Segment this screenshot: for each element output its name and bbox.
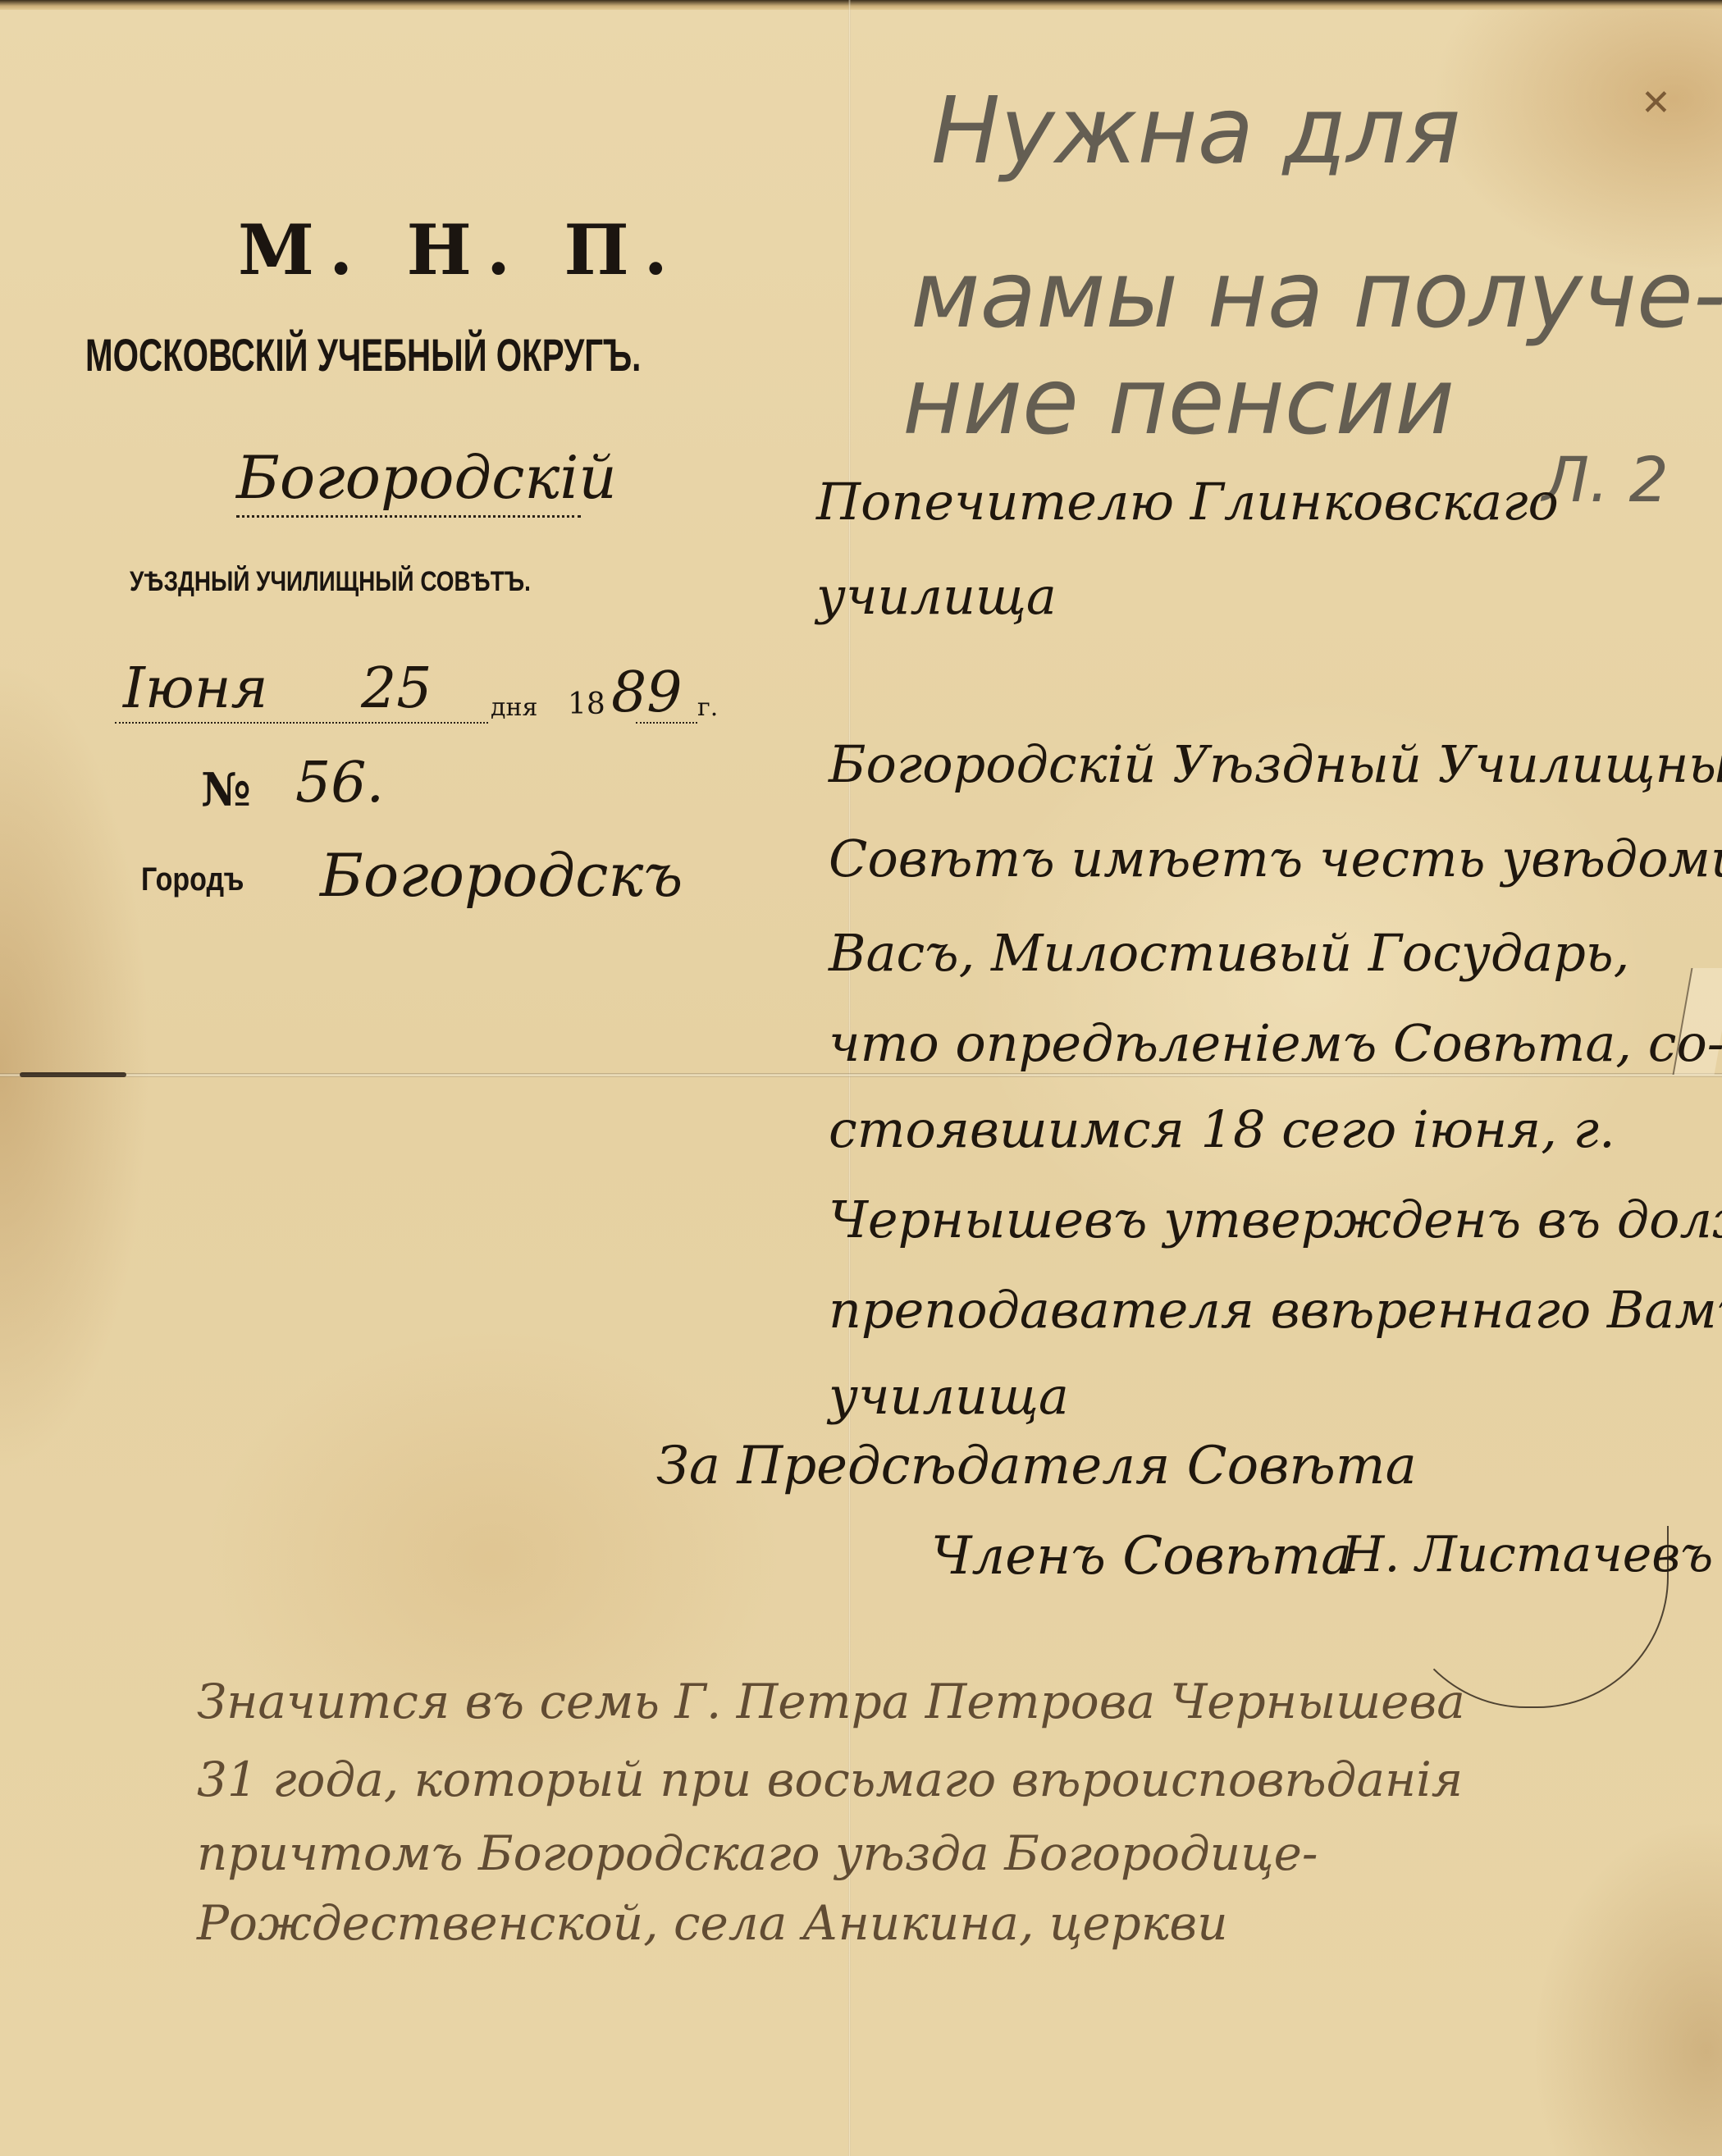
county-name-handwritten: Богородскій (236, 443, 617, 512)
body-line: Васъ, Милостивый Государь, (829, 923, 1629, 983)
addressee-line: училища (816, 566, 1057, 626)
year-dotted-line (636, 722, 697, 724)
pencil-note-line: ние пенсии (902, 340, 1455, 464)
addressee-line: Попечителю Глинковскаго (816, 472, 1559, 532)
number-label: № (201, 763, 251, 817)
annotation-line: причтомъ Богородскаго уѣзда Богородице- (197, 1825, 1318, 1881)
council-title: УѢЗДНЫЙ УЧИЛИЩНЫЙ СОВѢТЪ. (130, 566, 531, 598)
date-month: Іюня (123, 656, 268, 721)
date-day: 25 (361, 656, 432, 721)
pencil-note-line: мамы на получе- (911, 234, 1722, 357)
body-line: Чернышевъ утвержденъ въ должности (829, 1190, 1722, 1249)
city-value: Богородскъ (320, 841, 683, 910)
signature-title: Членъ Совѣта (931, 1526, 1352, 1587)
horizontal-fold-line (0, 1073, 1722, 1077)
date-dnya-label: дня (491, 693, 537, 722)
body-line: преподавателя ввѣреннаго Вамъ (829, 1280, 1722, 1340)
body-line: Богородскій Уѣздный Училищный (829, 734, 1722, 794)
ministry-abbreviation: М. Н. П. (238, 209, 683, 290)
body-line: что опредѣленіемъ Совѣта, со- (829, 1013, 1722, 1073)
body-line: стоявшимся 18 сего іюня, г. (829, 1099, 1615, 1159)
date-dotted-line (115, 722, 488, 724)
annotation-line: 31 года, который при восьмаго вѣроисповѣ… (197, 1752, 1463, 1807)
pencil-note-line: Нужна для (931, 70, 1460, 193)
annotation-line: Значится въ семь Г. Петра Петрова Черныш… (197, 1674, 1465, 1729)
date-year-suffix: 89 (611, 660, 683, 725)
signature-on-behalf: За Предсѣдателя Совѣта (656, 1436, 1417, 1496)
body-line: Совѣтъ имѣетъ честь увѣдомить (829, 829, 1722, 888)
date-year-prefix: 18 (568, 687, 605, 721)
fold-tear-mark (20, 1072, 126, 1077)
corner-cross-mark: ✕ (1641, 82, 1671, 124)
pencil-page-mark: Л. 2 (1542, 443, 1669, 516)
number-value: 56. (295, 751, 384, 815)
educational-district-title: МОСКОВСКІЙ УЧЕБНЫЙ ОКРУГЪ. (85, 328, 641, 381)
body-line: училища (829, 1366, 1069, 1426)
paper-top-edge (0, 0, 1722, 10)
city-label: Городъ (141, 861, 244, 898)
annotation-line: Рождественской, села Аникина, церкви (197, 1895, 1228, 1951)
county-dotted-line (236, 515, 581, 518)
date-g-label: г. (697, 693, 718, 722)
